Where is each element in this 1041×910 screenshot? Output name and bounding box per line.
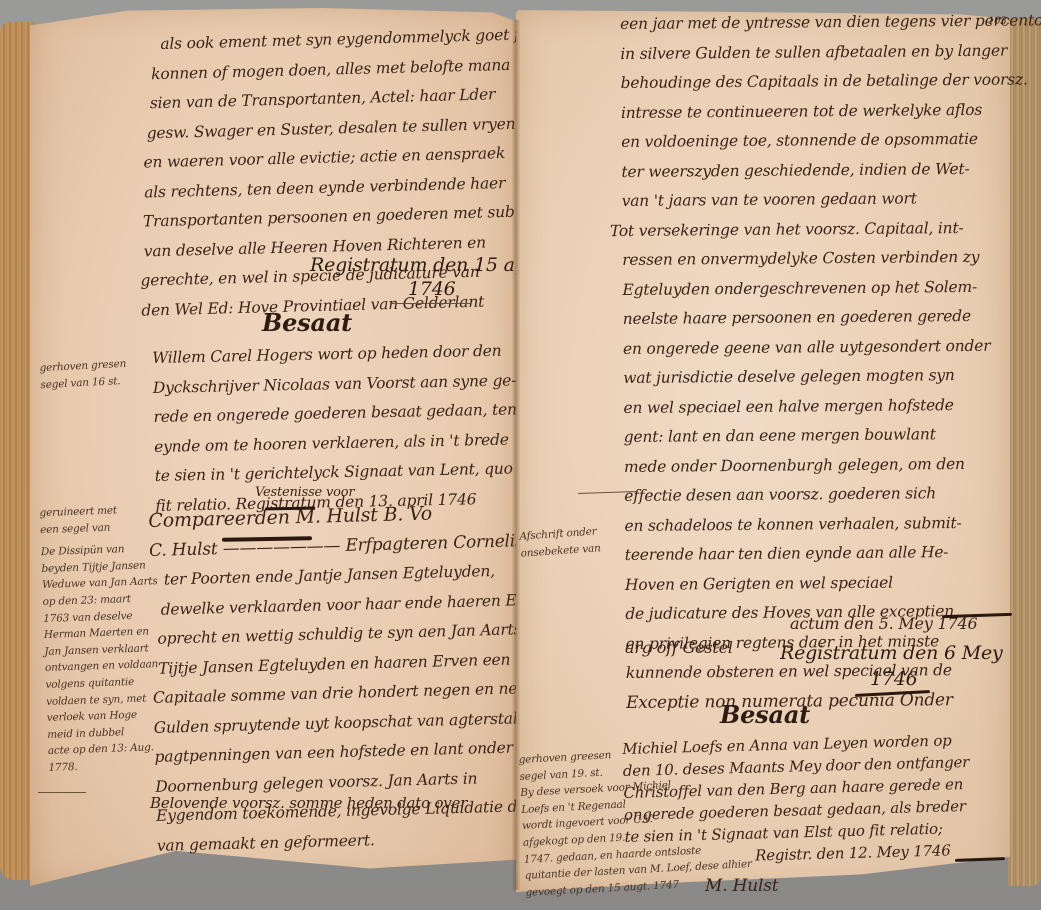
text-line: mede onder Doornenburgh gelegen, om den (624, 449, 1041, 482)
text-line: een jaar met de yntresse van dien tegens… (620, 6, 1041, 39)
left-page-block-edge (0, 22, 34, 880)
section-heading-besaat-2: Besaat (720, 700, 810, 729)
text-line: en schadeloos te konnen verhaalen, submi… (624, 508, 1041, 541)
margin-underline (38, 792, 86, 793)
text-line: en voldoeninge toe, stonnende de opsomma… (621, 124, 1041, 157)
text-line: in silvere Gulden te sullen afbetaalen e… (620, 36, 1041, 69)
text-line: behoudinge des Capitaals in de betalinge… (621, 65, 1041, 98)
text-line: ter weerszyden geschiedende, indien de W… (621, 154, 1041, 187)
text-line: ressen en onvermydelyke Costen verbinden… (622, 242, 1041, 275)
left-top-block: als ook ement met syn eygendommelyck goe… (160, 20, 566, 325)
margin-note-2: geruineert met een segel van De Dissipün… (39, 501, 164, 776)
registration-year-2: 1746 (870, 668, 918, 690)
registration-note-2: Registratum den 6 Mey (780, 642, 1003, 664)
right-margin-note-1: Afschrift onder onsebekete van (519, 523, 601, 562)
right-block-2: Michiel Loefs en Anna van Leyen worden o… (622, 729, 972, 870)
text-line: teerende haar ten dien eynde aan alle He… (625, 537, 1041, 570)
text-line: en wel speciael een halve mergen hofsted… (623, 390, 1041, 423)
text-line: Egteluyden ondergeschrevenen op het Sole… (622, 272, 1041, 305)
text-line: intresse te continueeren tot de werkelyk… (621, 95, 1041, 128)
left-last-line: Belovende voorsz. somme heden dato over (150, 794, 467, 812)
text-line: neelste haare persoonen en goederen gere… (623, 301, 1041, 334)
signature: M. Hulst (705, 876, 778, 896)
text-line: Hoven en Gerigten en wel speciael (625, 567, 1041, 600)
margin-line: een segel van (40, 518, 156, 539)
divider (390, 303, 470, 304)
text-line: effectie desen aan voorsz. goederen sich (624, 478, 1041, 511)
text-line: wat jurisdictie deselve gelegen mogten s… (623, 360, 1041, 393)
text-line: Exceptie non numerata pecunia Onder (626, 685, 1041, 718)
right-block-1: een jaar met de yntresse van dien tegens… (620, 6, 1041, 718)
text-line: gent: lant en dan eene mergen bouwlant (624, 419, 1041, 452)
text-line: en ongerede geene van alle uytgesondert … (623, 331, 1041, 364)
right-closing-line-a: arg off Gestel (625, 638, 733, 657)
insertion-note: Vestenisse voor (255, 485, 354, 500)
section-heading-besaat-1: Besaat (262, 308, 352, 337)
margin-note-1: gerhoven gresen segel van 16 st. (39, 356, 127, 394)
text-line: Tot versekeringe van het voorsz. Capitaa… (610, 213, 1041, 246)
registration-year-1: 1746 (408, 278, 456, 300)
text-line: van 't jaars van te vooren gedaan wort (622, 183, 1041, 216)
